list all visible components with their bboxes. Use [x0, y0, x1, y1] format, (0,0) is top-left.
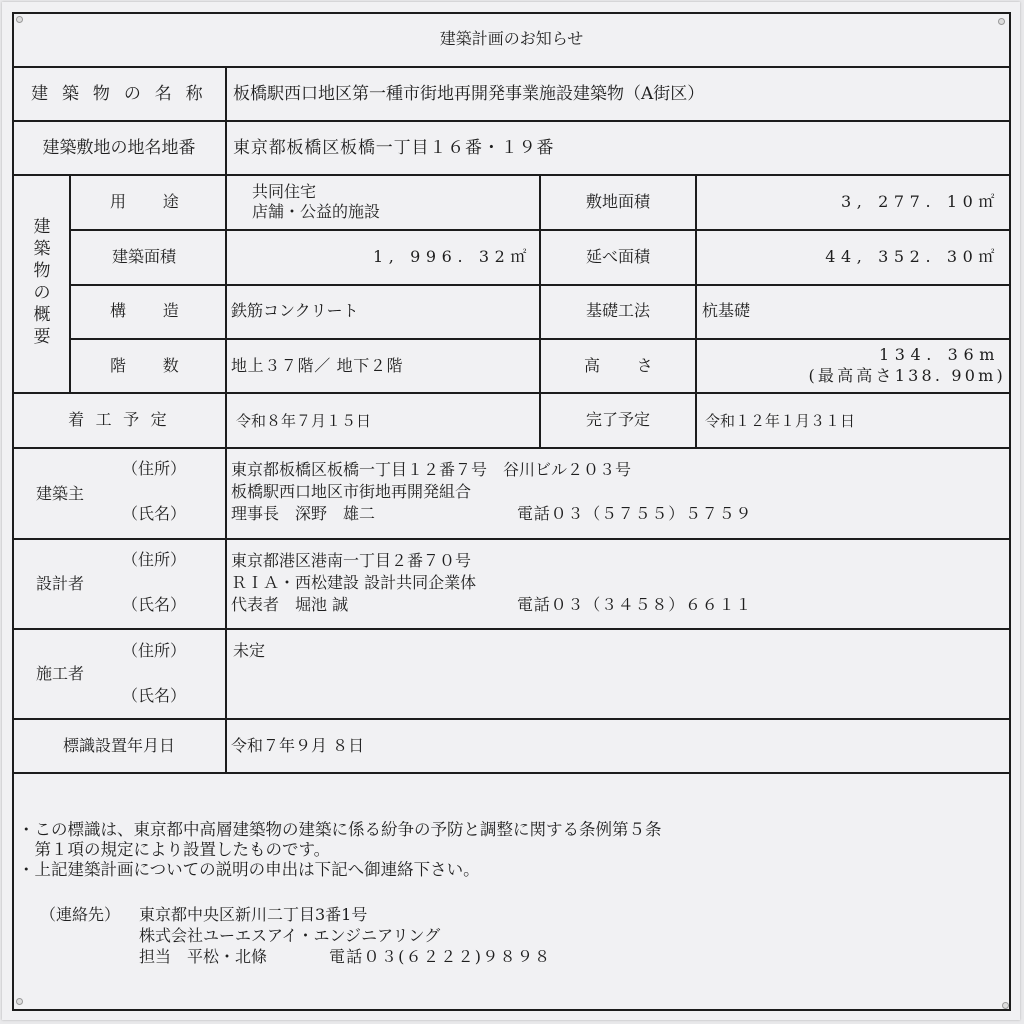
site-area-value: 3, 277. 10㎡: [696, 192, 1000, 212]
notice-board: 建築計画のお知らせ 建 築 物 の 名 称 板橋駅西口地区第一種市街地再開発事業…: [2, 2, 1020, 1020]
complete-value: 令和１２年１月３１日: [705, 411, 855, 431]
start-label: 着 工 予 定: [12, 410, 226, 430]
divider: [12, 174, 1011, 176]
designer-phone: 電話０３（３４５８）６６１１: [517, 595, 752, 615]
owner-org: 板橋駅西口地区市街地再開発組合: [231, 482, 471, 502]
contractor-label: 施工者: [36, 664, 84, 684]
divider: [12, 447, 1011, 449]
screw-icon: [16, 998, 23, 1005]
contact-company: 株式会社ユーエスアイ・エンジニアリング: [139, 926, 440, 946]
contractor-name-label: （氏名）: [122, 686, 186, 706]
use-label: 用 途: [110, 192, 180, 212]
height-value: 134. 36m: [696, 345, 1000, 365]
foundation-value: 杭基礎: [702, 301, 750, 321]
note-line-3: ・上記建築計画についての説明の申出は下記へ御連絡下さい。: [18, 860, 480, 880]
overview-group-label: 建築物の概要: [31, 216, 53, 348]
divider: [12, 66, 1011, 68]
building-name-label: 建 築 物 の 名 称: [12, 84, 226, 104]
designer-name: 代表者 堀池 誠: [231, 595, 348, 615]
site-address-value: 東京都板橋区板橋一丁目１６番・１９番: [233, 138, 554, 158]
note-line-1: ・この標識は、東京都中高層建築物の建築に係る紛争の予防と調整に関する条例第５条: [18, 820, 662, 840]
building-area-label: 建築面積: [112, 247, 176, 267]
divider: [12, 392, 1011, 394]
building-name-value: 板橋駅西口地区第一種市街地再開発事業施設建築物（A街区）: [233, 84, 704, 104]
divider: [12, 120, 1011, 122]
use-value-line2: 店舗・公益的施設: [252, 202, 380, 222]
screw-icon: [1002, 1002, 1009, 1009]
structure-value: 鉄筋コンクリート: [231, 301, 359, 321]
complete-label: 完了予定: [540, 410, 696, 430]
site-address-label: 建築敷地の地名地番: [12, 138, 226, 158]
contractor-address-label: （住所）: [122, 641, 186, 661]
building-area-value: 1, 996. 32㎡: [226, 247, 532, 267]
contractor-value: 未定: [233, 641, 265, 661]
contact-label: （連絡先）: [40, 905, 120, 925]
sign-title: 建築計画のお知らせ: [12, 29, 1011, 49]
screw-icon: [998, 18, 1005, 25]
owner-name: 理事長 深野 雄二: [231, 504, 375, 524]
sign-date-value: 令和７年９月 ８日: [231, 736, 364, 756]
divider: [12, 718, 1011, 720]
floors-label: 階 数: [110, 356, 180, 376]
owner-label: 建築主: [36, 484, 84, 504]
designer-org: ＲＩＡ・西松建設 設計共同企業体: [231, 573, 476, 593]
total-floor-area-value: 44, 352. 30㎡: [696, 247, 1000, 267]
divider: [12, 538, 1011, 540]
designer-address: 東京都港区港南一丁目２番７０号: [231, 551, 471, 571]
height-label: 高 さ: [584, 356, 654, 376]
owner-name-label: （氏名）: [122, 504, 186, 524]
sign-date-label: 標識設置年月日: [12, 736, 226, 756]
contact-address: 東京都中央区新川二丁目3番1号: [139, 905, 367, 925]
divider: [69, 174, 71, 394]
divider: [12, 772, 1011, 774]
use-value-line1: 共同住宅: [252, 182, 316, 202]
screw-icon: [16, 16, 23, 23]
total-floor-area-label: 延べ面積: [540, 247, 696, 267]
foundation-label: 基礎工法: [540, 301, 696, 321]
contact-phone: 電話０３(６２２２)９８９８: [329, 947, 551, 967]
max-height-value: (最高高さ138. 90m): [696, 366, 1006, 386]
floors-value: 地上３７階／ 地下２階: [231, 356, 403, 376]
owner-address: 東京都板橋区板橋一丁目１２番７号 谷川ビル２０３号: [231, 460, 631, 480]
owner-address-label: （住所）: [122, 459, 186, 479]
designer-address-label: （住所）: [122, 550, 186, 570]
structure-label: 構 造: [110, 301, 180, 321]
designer-label: 設計者: [36, 574, 84, 594]
start-value: 令和８年７月１５日: [236, 411, 371, 431]
contact-person: 担当 平松・北條: [139, 947, 267, 967]
divider: [12, 628, 1011, 630]
designer-name-label: （氏名）: [122, 595, 186, 615]
site-area-label: 敷地面積: [540, 192, 696, 212]
note-line-2: 第１項の規定により設置したものです。: [18, 840, 330, 860]
owner-phone: 電話０３（５７５５）５７５９: [517, 504, 752, 524]
